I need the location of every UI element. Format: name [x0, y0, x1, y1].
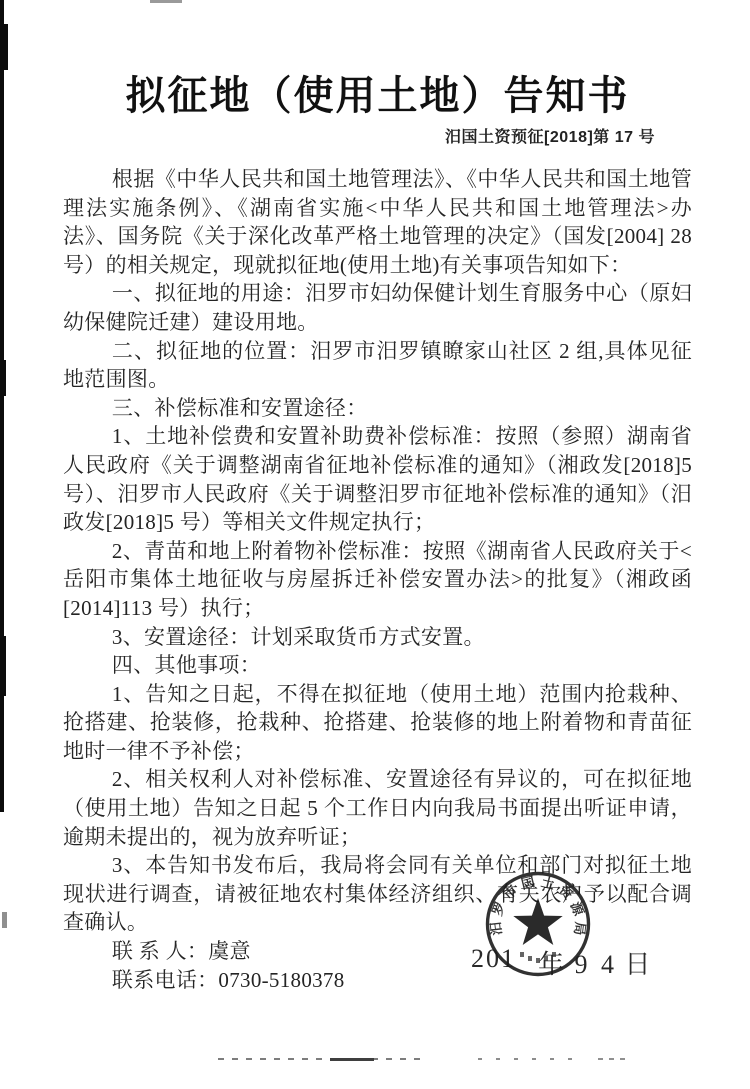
- paragraph-other-heading: 四、其他事项：: [63, 651, 692, 680]
- contact-phone-label: 联系电话：: [112, 968, 219, 992]
- scan-artifact: [2, 912, 7, 928]
- scan-artifact: [0, 360, 6, 396]
- paragraph-purpose: 一、拟征地的用途：汨罗市妇幼保健计划生育服务中心（原妇幼保健院迁建）建设用地。: [63, 279, 692, 336]
- contact-person-label: 联 系 人：: [112, 939, 208, 963]
- scan-artifact: [0, 24, 8, 70]
- paragraph-compensation-heading: 三、补偿标准和安置途径：: [63, 394, 692, 423]
- scan-artifact: [150, 0, 182, 3]
- contact-phone-number: 0730-5180378: [218, 968, 344, 992]
- contact-person-name: 虞意: [208, 939, 251, 963]
- scanned-document-page: 拟征地（使用土地）告知书 汨国土资预征[2018]第 17 号 根据《中华人民共…: [0, 0, 750, 1089]
- scan-artifact: [0, 636, 6, 696]
- scan-artifact-dashed-line: [330, 1058, 374, 1061]
- document-title: 拟征地（使用土地）告知书: [63, 64, 692, 121]
- paragraph-resettlement: 3、安置途径：计划采取货币方式安置。: [63, 623, 692, 652]
- paragraph-hearing-rights: 2、相关权利人对补偿标准、安置途径有异议的，可在拟征地（使用土地）告知之日起 5…: [63, 765, 692, 851]
- paragraph-no-rush-planting: 1、告知之日起，不得在拟征地（使用土地）范围内抢栽种、抢搭建、抢装修，抢栽种、抢…: [63, 680, 692, 766]
- paragraph-legal-basis: 根据《中华人民共和国土地管理法》、《中华人民共和国土地管理法实施条例》、《湖南省…: [63, 165, 692, 279]
- scan-artifact-dashed-line: [218, 1058, 423, 1060]
- scan-artifact-dashed-line: [478, 1058, 586, 1060]
- paragraph-crops-attachments: 2、青苗和地上附着物补偿标准：按照《湖南省人民政府关于<岳阳市集体土地征收与房屋…: [63, 537, 692, 623]
- contact-person-line: 联 系 人：虞意: [63, 937, 692, 966]
- document-body: 根据《中华人民共和国土地管理法》、《中华人民共和国土地管理法实施条例》、《湖南省…: [63, 165, 692, 994]
- paragraph-survey-cooperation: 3、本告知书发布后，我局将会同有关单位和部门对拟征土地现状进行调查，请被征地农村…: [63, 851, 692, 937]
- paragraph-location: 二、拟征地的位置：汨罗市汨罗镇瞭家山社区 2 组,具体见征地范围图。: [63, 337, 692, 394]
- contact-phone-line: 联系电话：0730-5180378: [63, 966, 692, 995]
- document-number: 汨国土资预征[2018]第 17 号: [63, 124, 655, 147]
- paragraph-compensation-standard: 1、土地补偿费和安置补助费补偿标准：按照（参照）湖南省人民政府《关于调整湖南省征…: [63, 422, 692, 536]
- scan-artifact-dashed-line: [598, 1058, 628, 1060]
